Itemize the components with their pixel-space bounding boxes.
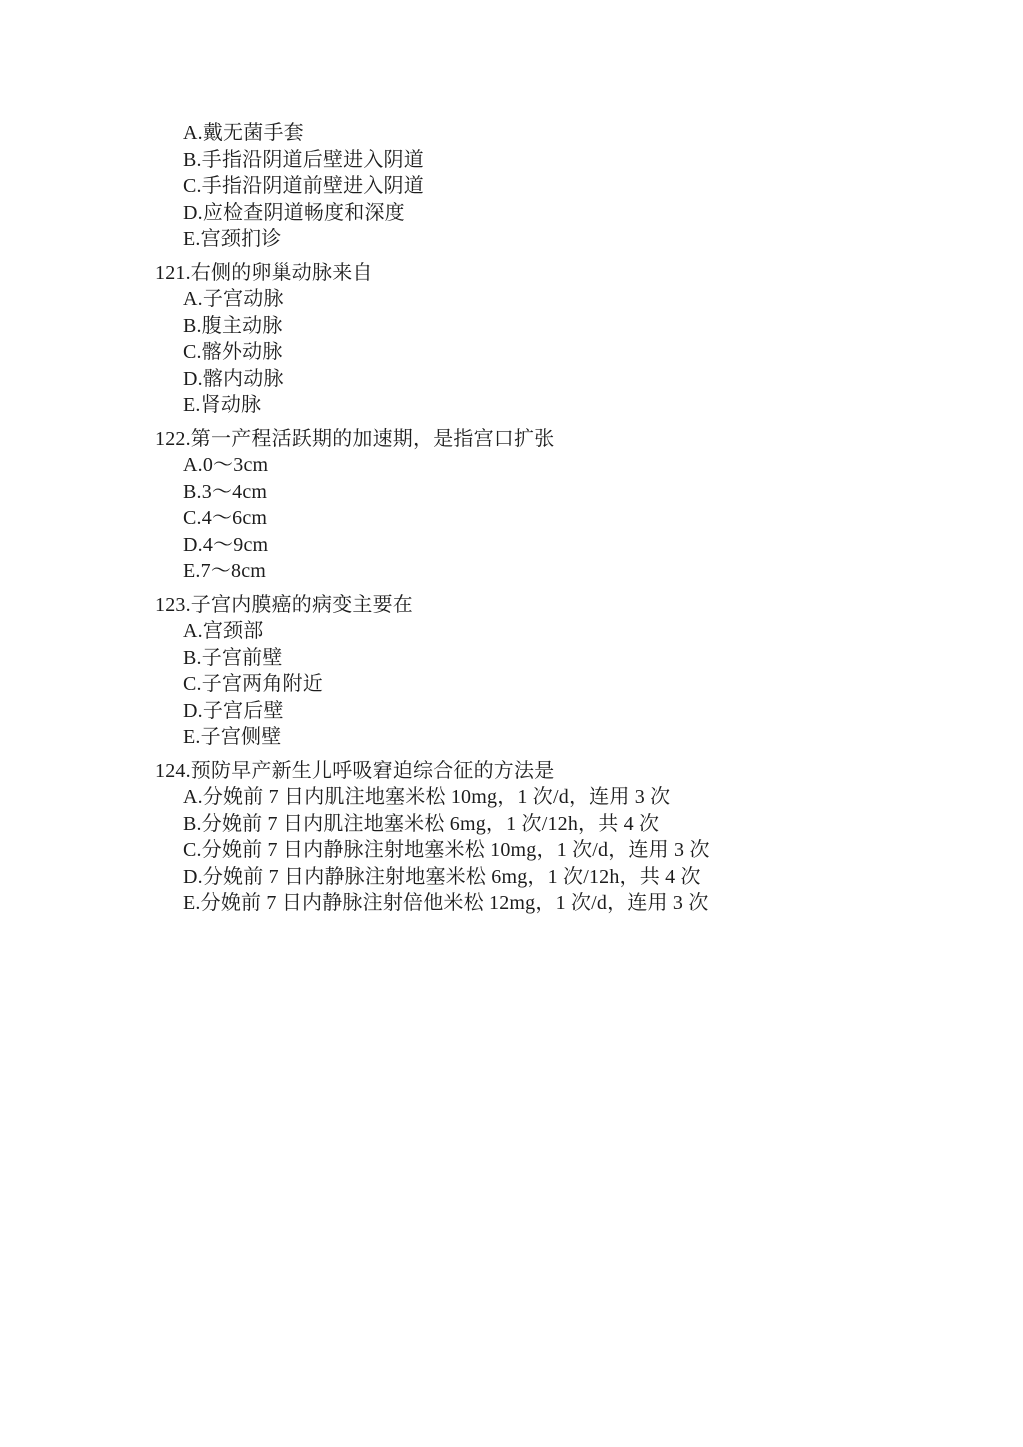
question-stem: 123.子宫内膜癌的病变主要在 [155, 592, 895, 619]
question-stem: 122.第一产程活跃期的加速期，是指宫口扩张 [155, 426, 895, 453]
option-line: D.应检查阴道畅度和深度 [183, 200, 895, 227]
questions-container: A.戴无菌手套B.手指沿阴道后壁进入阴道C.手指沿阴道前壁进入阴道D.应检查阴道… [155, 120, 895, 917]
option-line: E.宫颈扪诊 [183, 226, 895, 253]
question-block: 122.第一产程活跃期的加速期，是指宫口扩张A.0～3cmB.3～4cmC.4～… [155, 426, 895, 585]
option-line: D.髂内动脉 [183, 366, 895, 393]
option-line: C.髂外动脉 [183, 339, 895, 366]
option-line: E.7～8cm [183, 558, 895, 585]
question-block: 121.右侧的卵巢动脉来自A.子宫动脉B.腹主动脉C.髂外动脉D.髂内动脉E.肾… [155, 260, 895, 419]
question-block: 123.子宫内膜癌的病变主要在A.宫颈部B.子宫前壁C.子宫两角附近D.子宫后壁… [155, 592, 895, 751]
option-line: B.手指沿阴道后壁进入阴道 [183, 147, 895, 174]
option-line: A.子宫动脉 [183, 286, 895, 313]
option-line: D.子宫后壁 [183, 698, 895, 725]
option-line: D.分娩前 7 日内静脉注射地塞米松 6mg，1 次/12h，共 4 次 [183, 864, 895, 891]
question-block: 124.预防早产新生儿呼吸窘迫综合征的方法是A.分娩前 7 日内肌注地塞米松 1… [155, 758, 895, 917]
option-line: A.戴无菌手套 [183, 120, 895, 147]
option-line: A.宫颈部 [183, 618, 895, 645]
option-line: A.分娩前 7 日内肌注地塞米松 10mg，1 次/d，连用 3 次 [183, 784, 895, 811]
option-line: E.分娩前 7 日内静脉注射倍他米松 12mg，1 次/d，连用 3 次 [183, 890, 895, 917]
option-line: B.子宫前壁 [183, 645, 895, 672]
document-page: { "document": { "kind": "exam-question-s… [0, 0, 1023, 1447]
option-line: E.肾动脉 [183, 392, 895, 419]
question-stem: 124.预防早产新生儿呼吸窘迫综合征的方法是 [155, 758, 895, 785]
option-line: D.4～9cm [183, 532, 895, 559]
option-line: C.4～6cm [183, 505, 895, 532]
question-stem: 121.右侧的卵巢动脉来自 [155, 260, 895, 287]
option-line: C.分娩前 7 日内静脉注射地塞米松 10mg，1 次/d，连用 3 次 [183, 837, 895, 864]
option-line: B.3～4cm [183, 479, 895, 506]
option-line: C.子宫两角附近 [183, 671, 895, 698]
question-block: A.戴无菌手套B.手指沿阴道后壁进入阴道C.手指沿阴道前壁进入阴道D.应检查阴道… [155, 120, 895, 253]
option-line: A.0～3cm [183, 452, 895, 479]
option-line: B.分娩前 7 日内肌注地塞米松 6mg，1 次/12h，共 4 次 [183, 811, 895, 838]
option-line: E.子宫侧壁 [183, 724, 895, 751]
option-line: C.手指沿阴道前壁进入阴道 [183, 173, 895, 200]
option-line: B.腹主动脉 [183, 313, 895, 340]
